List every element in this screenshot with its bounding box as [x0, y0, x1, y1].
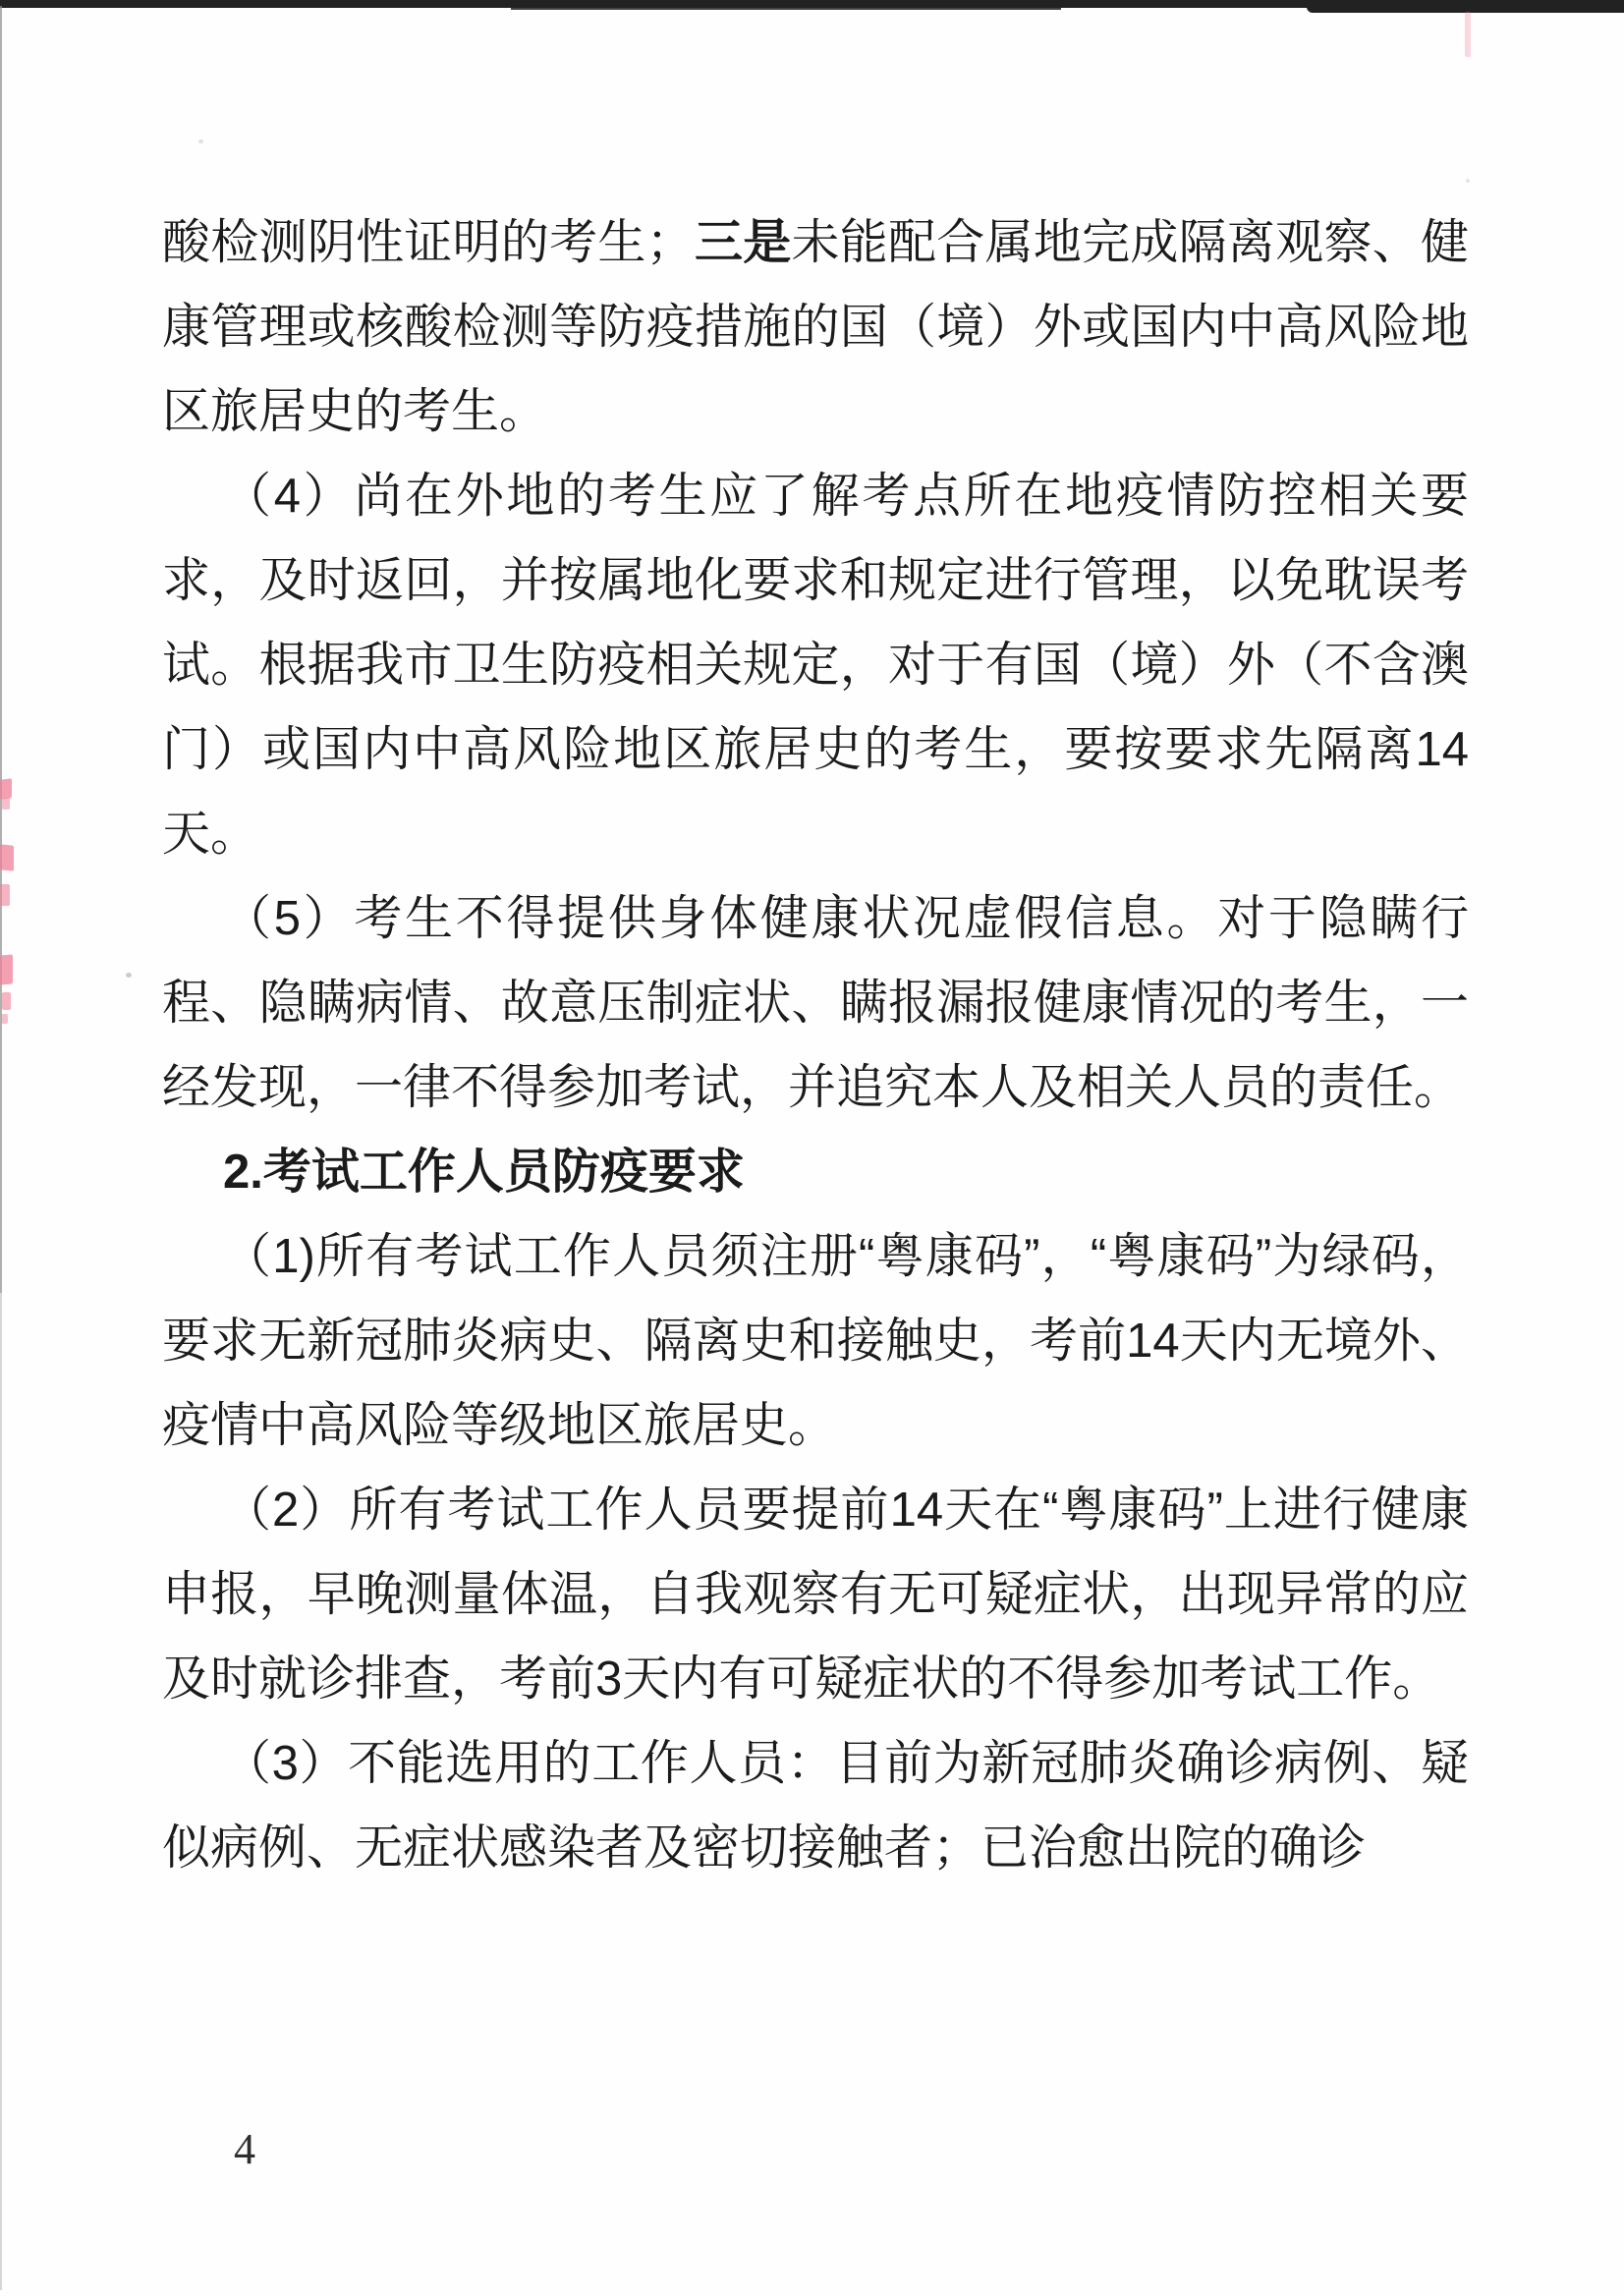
- pink-ink-mark: [0, 778, 12, 800]
- bold-text-run: 三是: [695, 216, 792, 269]
- pink-ink-mark: [0, 954, 13, 984]
- scan-speck: [1466, 179, 1470, 183]
- document-body: 酸检测阴性证明的考生；三是未能配合属地完成隔离观察、健康管理或核酸检测等防疫措施…: [162, 200, 1469, 1890]
- paragraph: （2）所有考试工作人员要提前14天在“粤康码”上进行健康申报，早晚测量体温，自我…: [162, 1468, 1469, 1721]
- text-run: （5）考生不得提供身体健康状况虚假信息。对于隐瞒行程、隐瞒病情、故意压制症状、瞒…: [162, 892, 1469, 1114]
- scan-speck: [126, 973, 132, 978]
- scan-edge-top-mid: [511, 0, 1061, 10]
- text-run: 酸检测阴性证明的考生；: [162, 216, 695, 269]
- text-run: （4）尚在外地的考生应了解考点所在地疫情防控相关要求，及时返回，并按属地化要求和…: [162, 470, 1469, 861]
- pink-ink-mark: [0, 884, 10, 906]
- pink-ink-mark: [1, 1014, 8, 1024]
- scan-edge-left-upper: [0, 6, 2, 1293]
- paragraph: （5）考生不得提供身体健康状况虚假信息。对于隐瞒行程、隐瞒病情、故意压制症状、瞒…: [162, 876, 1469, 1130]
- pink-ink-mark: [0, 844, 14, 870]
- scanned-document-page: 酸检测阴性证明的考生；三是未能配合属地完成隔离观察、健康管理或核酸检测等防疫措施…: [0, 0, 1624, 2296]
- section-heading: 2.考试工作人员防疫要求: [162, 1130, 1469, 1214]
- text-run: （1)所有考试工作人员须注册“粤康码”，“粤康码”为绿码，要求无新冠肺炎病史、隔…: [162, 1230, 1469, 1452]
- paragraph: （1)所有考试工作人员须注册“粤康码”，“粤康码”为绿码，要求无新冠肺炎病史、隔…: [162, 1214, 1469, 1468]
- paragraph: 酸检测阴性证明的考生；三是未能配合属地完成隔离观察、健康管理或核酸检测等防疫措施…: [162, 200, 1469, 454]
- paragraph: （4）尚在外地的考生应了解考点所在地疫情防控相关要求，及时返回，并按属地化要求和…: [162, 454, 1469, 876]
- bold-text-run: 2.考试工作人员防疫要求: [223, 1146, 745, 1199]
- pink-ink-mark: [2, 992, 11, 1010]
- text-run: （3）不能选用的工作人员：目前为新冠肺炎确诊病例、疑似病例、无症状感染者及密切接…: [162, 1737, 1469, 1875]
- scan-edge-top-right: [1307, 0, 1624, 13]
- paragraph: （3）不能选用的工作人员：目前为新冠肺炎确诊病例、疑似病例、无症状感染者及密切接…: [162, 1721, 1469, 1890]
- pink-ink-mark: [2, 798, 10, 810]
- pink-ink-mark: [1465, 12, 1471, 57]
- text-run: （2）所有考试工作人员要提前14天在“粤康码”上进行健康申报，早晚测量体温，自我…: [162, 1484, 1469, 1706]
- page-number: 4: [234, 2124, 255, 2174]
- scan-speck: [198, 140, 203, 143]
